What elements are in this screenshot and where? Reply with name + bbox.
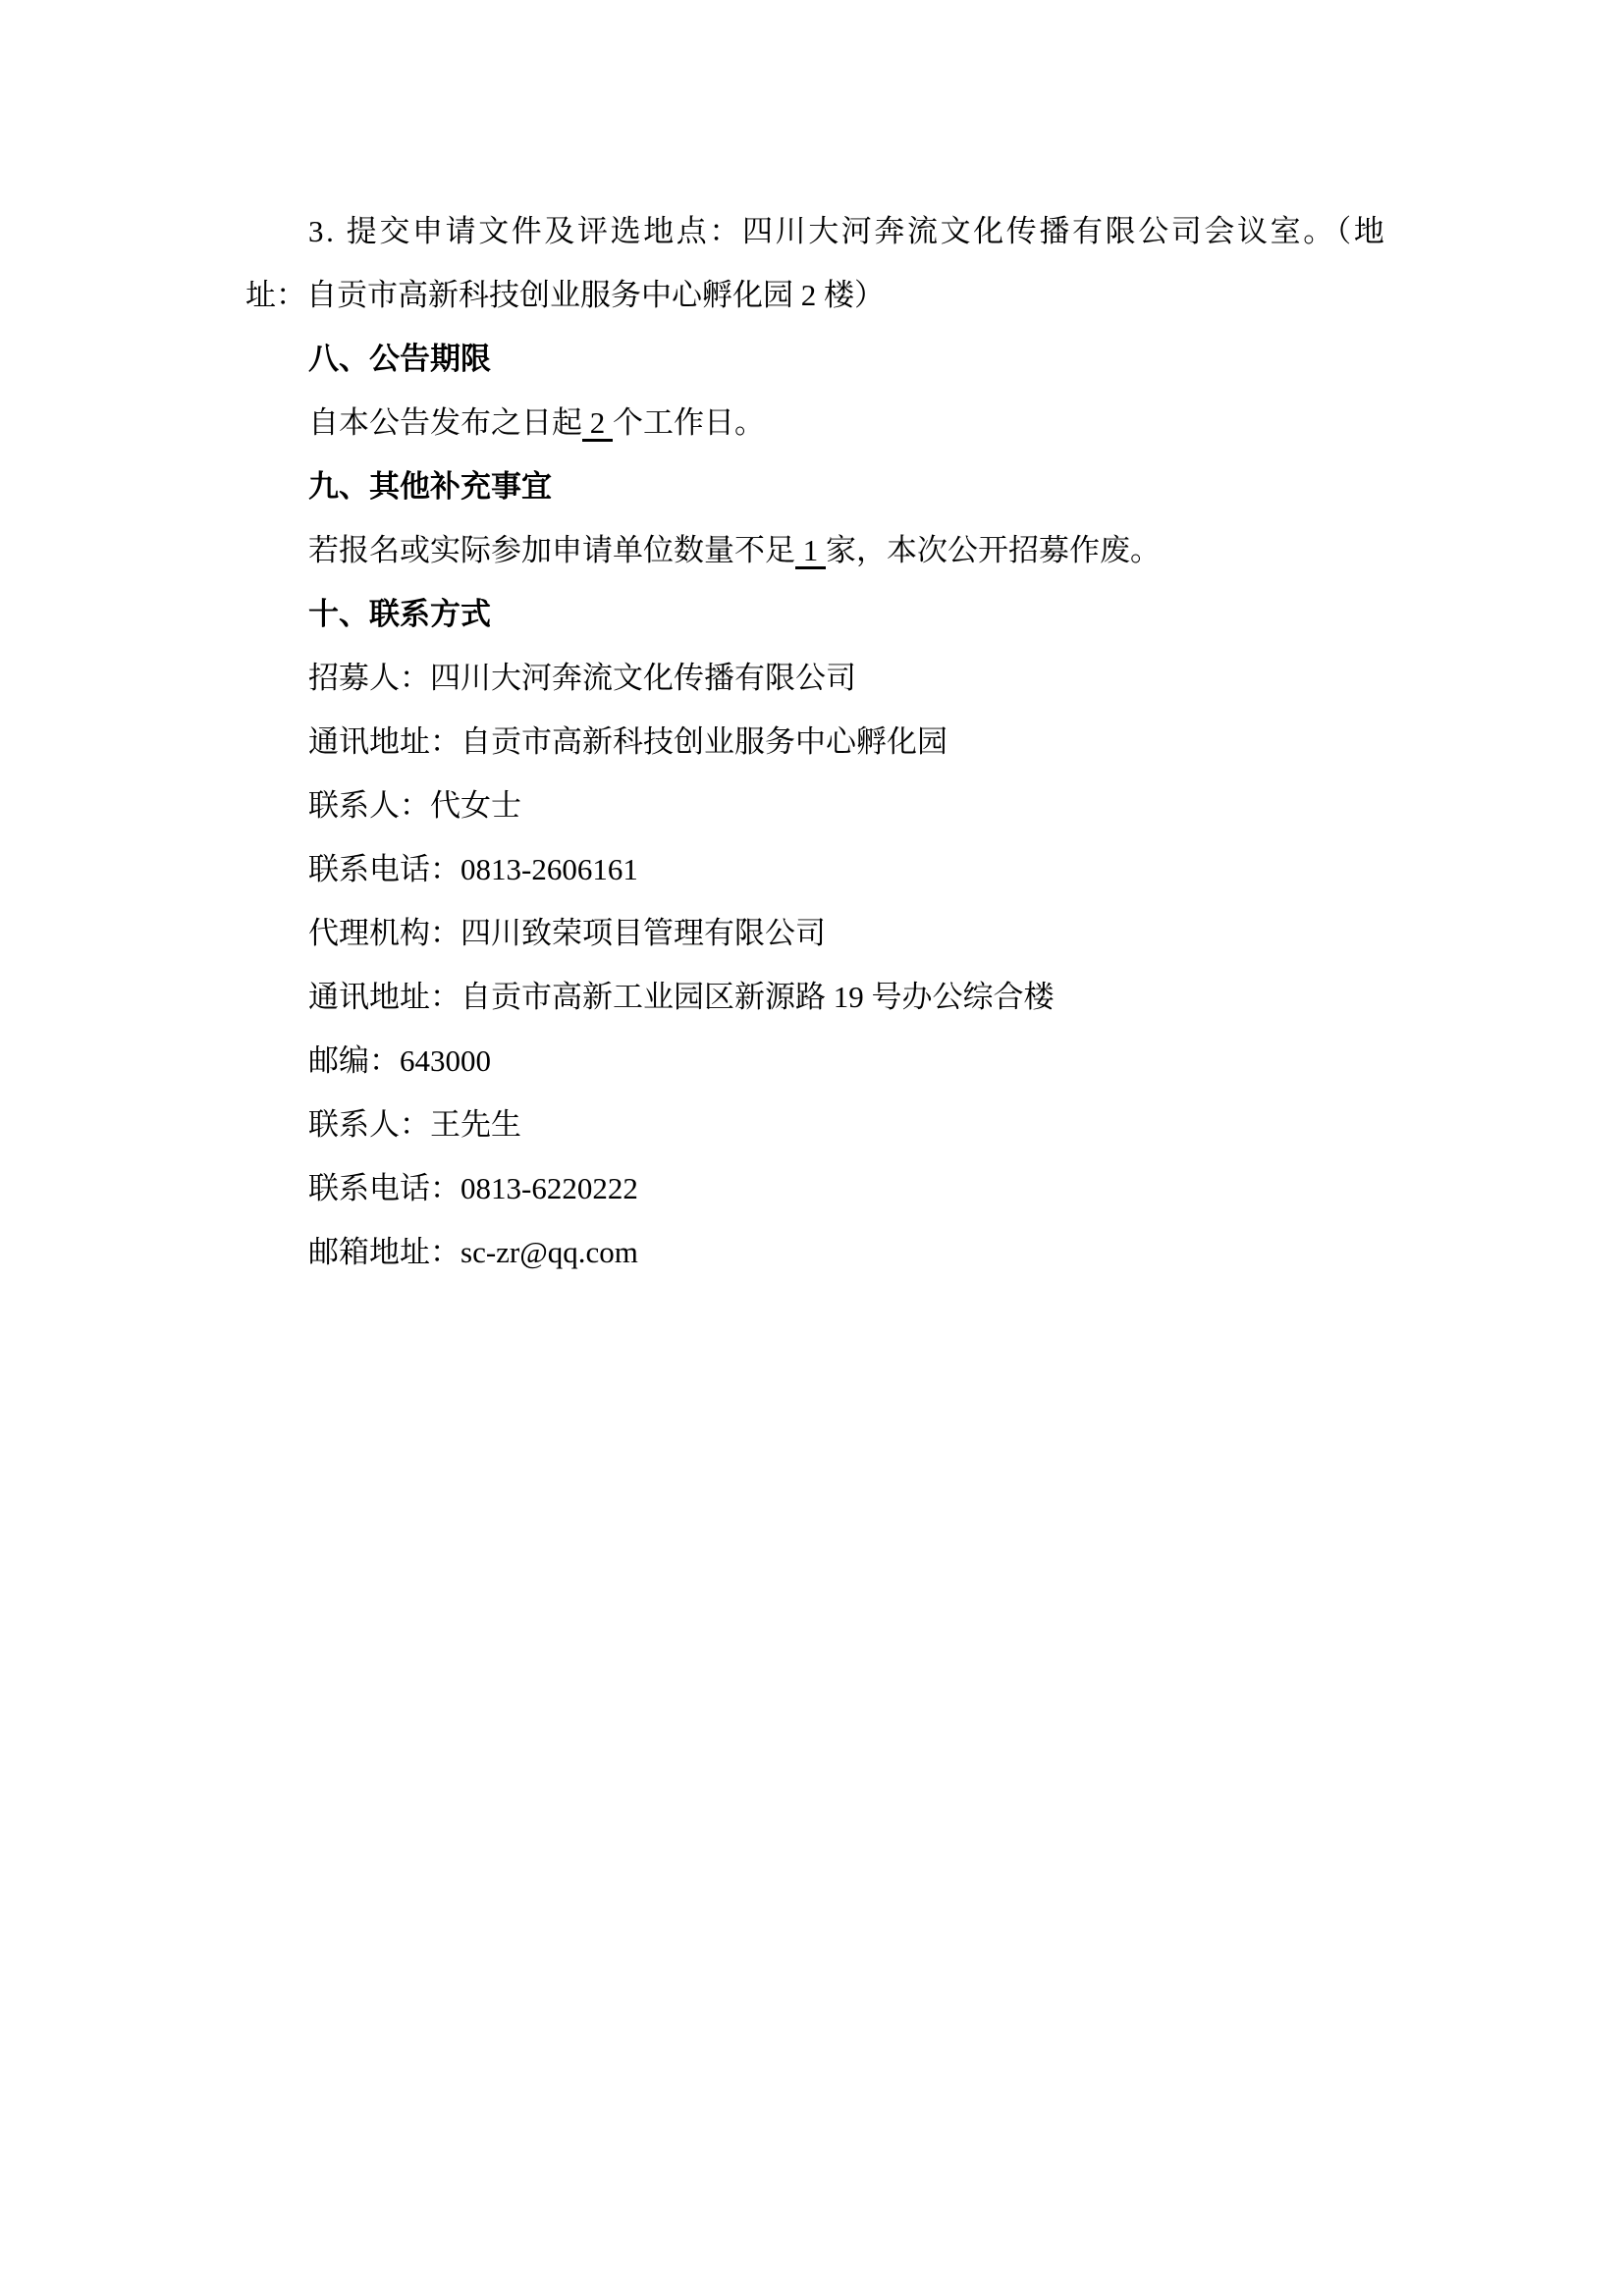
line-agency-contact-person: 联系人：王先生: [245, 1093, 1379, 1156]
heading-contact-info: 十、联系方式: [245, 582, 1379, 646]
line-agency-address: 通讯地址：自贡市高新工业园区新源路 19 号办公综合楼: [245, 965, 1379, 1029]
paragraph-other-matters: 若报名或实际参加申请单位数量不足 1 家，本次公开招募作废。: [245, 518, 1379, 582]
period-days-underlined: 2: [582, 405, 613, 440]
heading-announcement-period: 八、公告期限: [245, 327, 1379, 391]
line-agency-email: 邮箱地址：sc-zr@qq.com: [245, 1220, 1379, 1284]
paragraph-submit-location-line2: 址：自贡市高新科技创业服务中心孵化园 2 楼）: [245, 263, 1379, 327]
line-recruiter-address: 通讯地址：自贡市高新科技创业服务中心孵化园: [245, 710, 1379, 774]
line-agency-phone: 联系电话：0813-6220222: [245, 1156, 1379, 1220]
other-text-pre: 若报名或实际参加申请单位数量不足: [308, 533, 795, 567]
line-agency-name: 代理机构：四川致荣项目管理有限公司: [245, 901, 1379, 965]
other-count-underlined: 1: [795, 533, 826, 567]
line-agency-postcode: 邮编：643000: [245, 1029, 1379, 1093]
paragraph-announcement-period: 自本公告发布之日起 2 个工作日。: [245, 391, 1379, 454]
line-recruiter-name: 招募人：四川大河奔流文化传播有限公司: [245, 646, 1379, 710]
heading-other-matters: 九、其他补充事宜: [245, 454, 1379, 518]
document-content: 3. 提交申请文件及评选地点：四川大河奔流文化传播有限公司会议室。（地 址：自贡…: [245, 199, 1379, 1284]
line-recruiter-phone: 联系电话：0813-2606161: [245, 837, 1379, 901]
line-recruiter-contact-person: 联系人：代女士: [245, 774, 1379, 837]
other-text-post: 家，本次公开招募作废。: [826, 533, 1161, 567]
document-page: 3. 提交申请文件及评选地点：四川大河奔流文化传播有限公司会议室。（地 址：自贡…: [0, 0, 1624, 2296]
period-text-pre: 自本公告发布之日起: [308, 405, 582, 440]
paragraph-submit-location-line1: 3. 提交申请文件及评选地点：四川大河奔流文化传播有限公司会议室。（地: [245, 199, 1379, 263]
period-text-post: 个工作日。: [613, 405, 765, 440]
